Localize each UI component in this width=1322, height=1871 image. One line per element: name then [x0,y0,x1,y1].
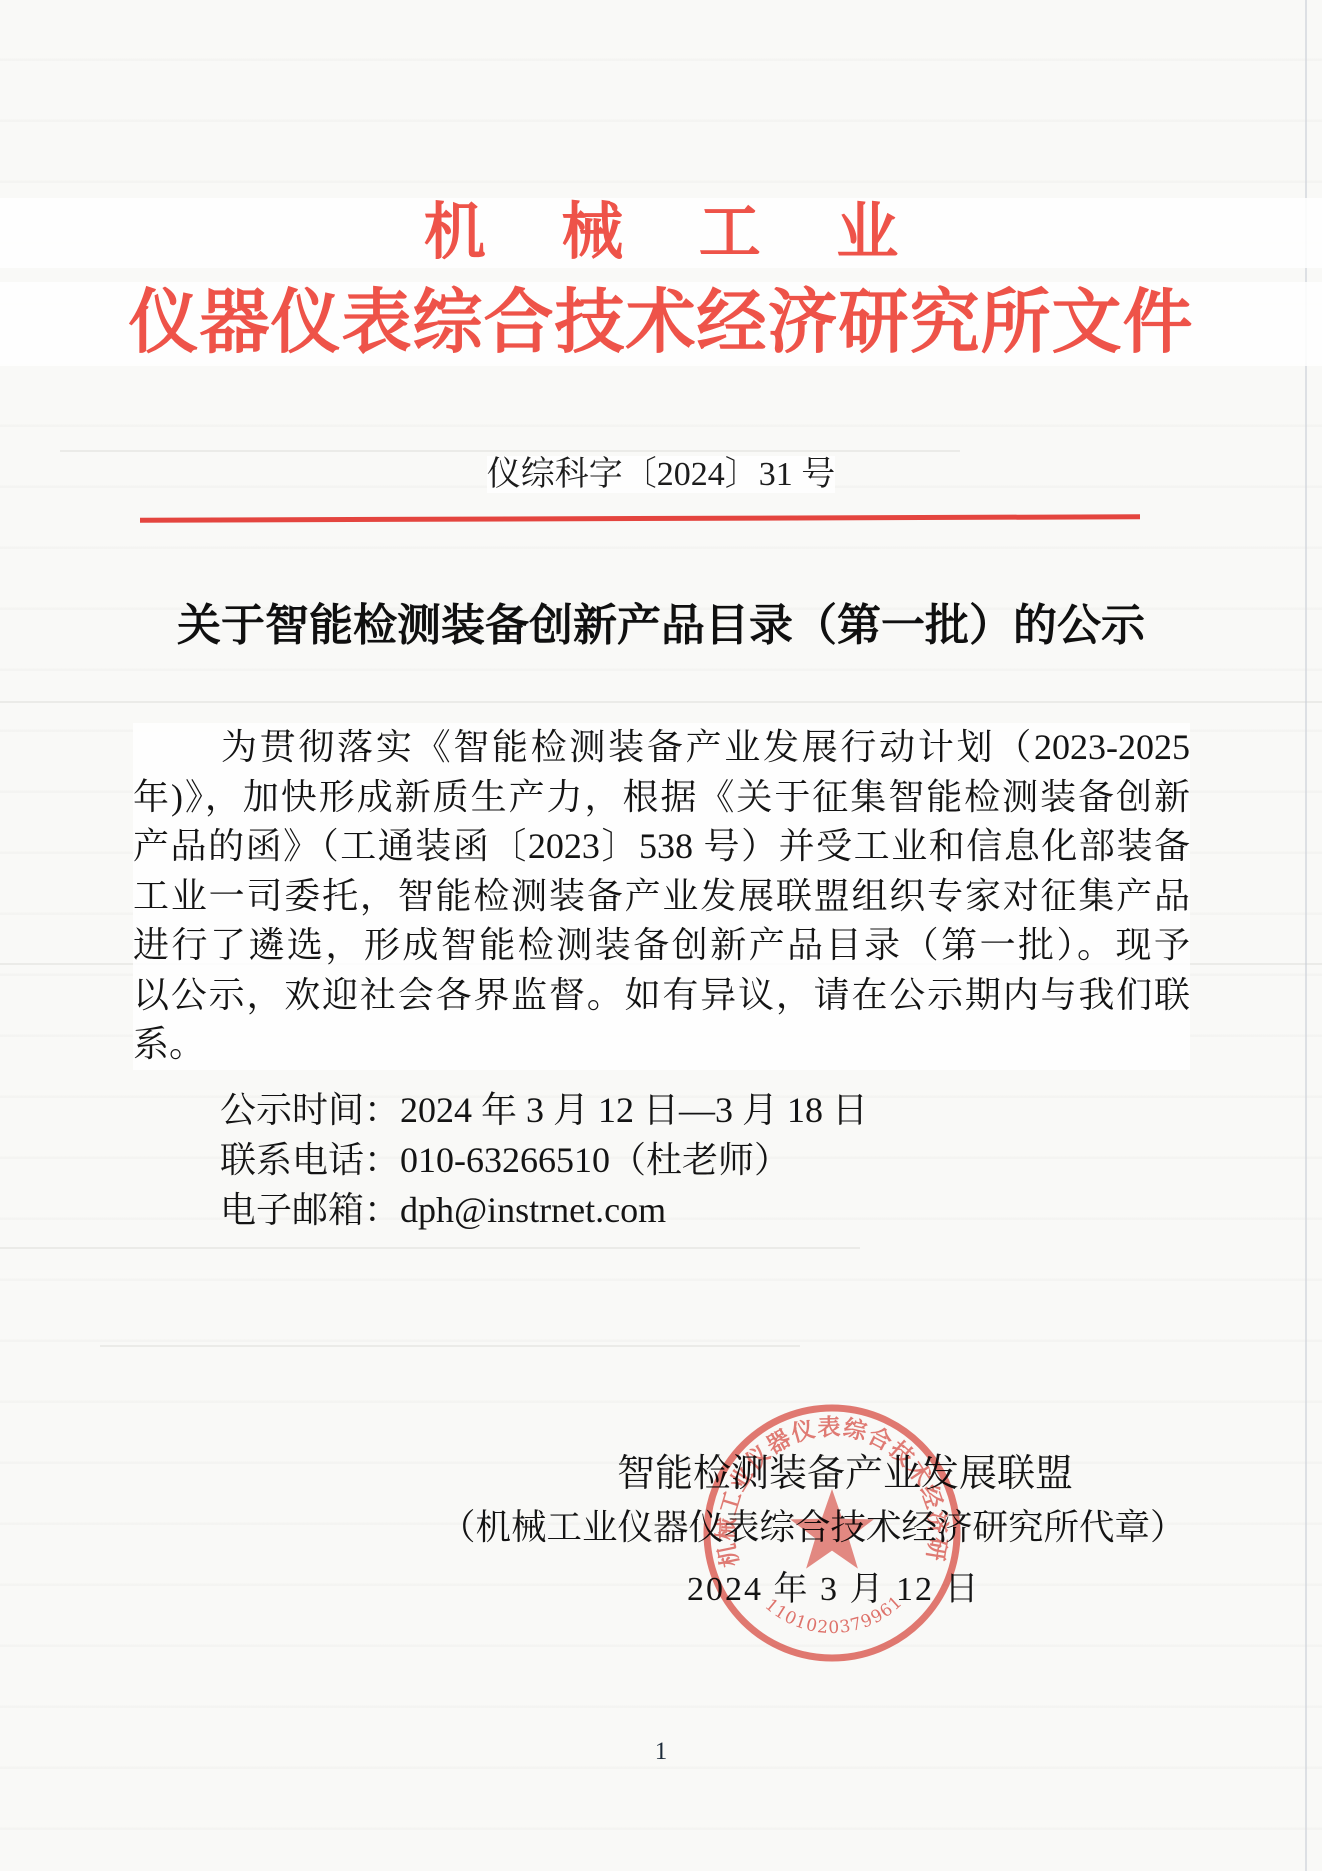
scan-streak [0,701,1322,703]
seal-serial-number: 1101020379961 [761,1592,907,1638]
body-line: 系。 [133,1020,1190,1070]
contact-email-line: 电子邮箱：dph@instrnet.com [220,1185,868,1235]
document-number: 仪综科字〔2024〕31 号 [0,452,1322,498]
publicity-period-line: 公示时间：2024 年 3 月 12 日—3 月 18 日 [220,1085,868,1135]
page-edge-line [1305,0,1307,1871]
red-divider-rule [140,514,1140,522]
document-title: 关于智能检测装备创新产品目录（第一批）的公示 [0,598,1322,654]
seal-star-icon [790,1489,874,1569]
body-line: 产品的函》（工通装函〔2023〕538 号）并受工业和信息化部装备 [133,822,1190,872]
svg-text:1101020379961: 1101020379961 [761,1592,907,1638]
body-line: 工业一司委托，智能检测装备产业发展联盟组织专家对征集产品 [133,872,1190,922]
seal-graphic: 机械工业仪器仪表综合技术经济研究所 1101020379961 [698,1394,966,1668]
body-paragraph: 为贯彻落实《智能检测装备产业发展行动计划（2023-2025 年)》，加快形成新… [133,723,1190,1070]
document-number-text: 仪综科字〔2024〕31 号 [487,456,836,493]
body-line: 进行了遴选，形成智能检测装备创新产品目录（第一批）。现予 [133,921,1190,971]
body-line: 年)》，加快形成新质生产力，根据《关于征集智能检测装备创新 [133,773,1190,823]
scan-streak [100,1345,800,1347]
contact-info-block: 公示时间：2024 年 3 月 12 日—3 月 18 日 联系电话：010-6… [220,1085,868,1235]
official-seal-stamp: 机械工业仪器仪表综合技术经济研究所 1101020379961 [698,1394,966,1668]
contact-phone-line: 联系电话：010-63266510（杜老师） [220,1135,868,1185]
letterhead-org-line1: 机 械 工 业 [0,198,1322,268]
page-number: 1 [0,1738,1322,1766]
body-line: 为贯彻落实《智能检测装备产业发展行动计划（2023-2025 [133,723,1190,773]
scan-streak [0,1247,860,1249]
document-page: { "header": { "line1": "机 械 工 业", "line2… [0,0,1322,1871]
letterhead-org-line2: 仪器仪表综合技术经济研究所文件 [0,282,1322,366]
body-line: 以公示，欢迎社会各界监督。如有异议，请在公示期内与我们联 [133,971,1190,1021]
